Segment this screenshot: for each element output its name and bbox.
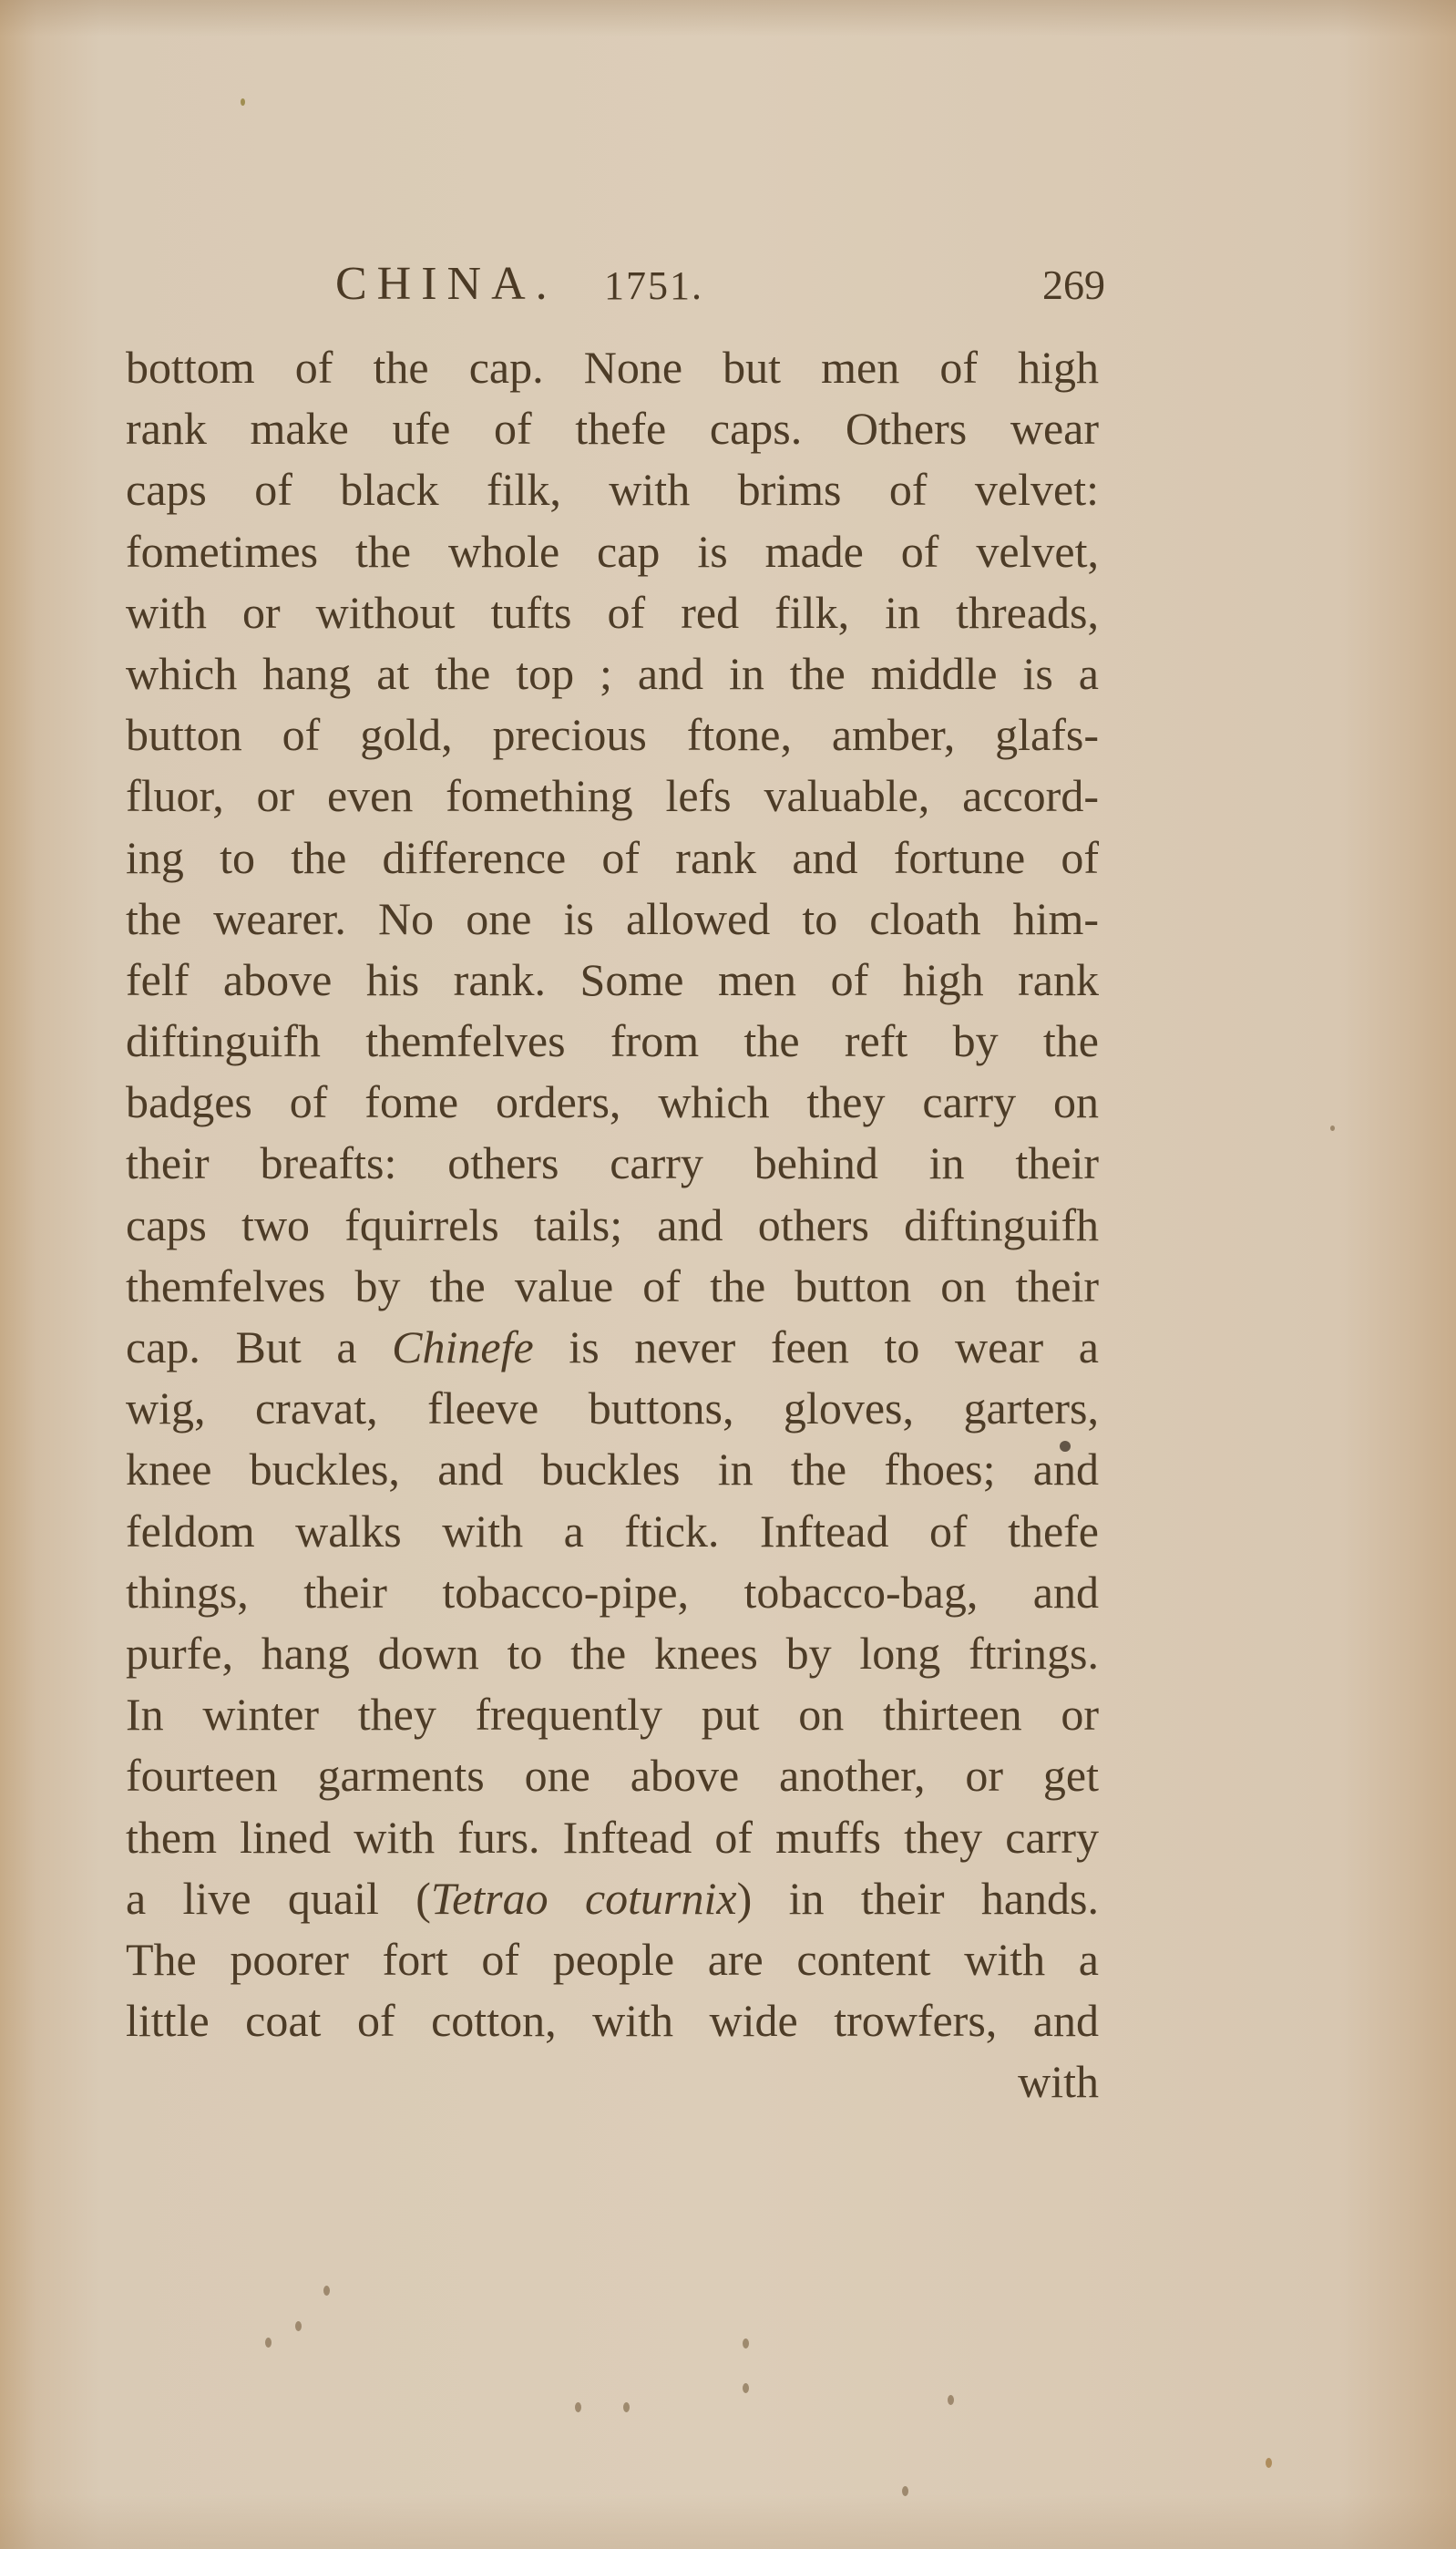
text-line: the wearer. No one is allowed to cloath …: [126, 889, 1099, 950]
foxing-spot: [1330, 1125, 1335, 1131]
foxing-spot: [265, 2338, 272, 2348]
foxing-spot: [1266, 2458, 1272, 2468]
text-line: fometimes the whole cap is made of velve…: [126, 521, 1099, 582]
italic-term: Tetrao coturnix: [431, 1873, 737, 1924]
text-line: with or without tufts of red filk, in th…: [126, 582, 1099, 643]
text-segment: cap. But a: [126, 1321, 357, 1372]
text-line: wig, cravat, fleeve buttons, gloves, gar…: [126, 1378, 1099, 1439]
text-line: things, their tobacco-pipe, tobacco-bag,…: [126, 1562, 1099, 1623]
text-line: which hang at the top ; and in the middl…: [126, 643, 1099, 704]
book-page: CHINA. 1751. 269 bottom of the cap. None…: [0, 0, 1456, 2549]
running-header: CHINA. 1751. 269: [335, 257, 1105, 312]
text-line: diftinguifh themfelves from the reft by …: [126, 1011, 1099, 1072]
page-number: 269: [1042, 261, 1105, 309]
text-line: fourteen garments one above another, or …: [126, 1745, 1099, 1806]
text-segment: is never feen to wear a: [534, 1321, 1099, 1372]
text-line: them lined with furs. Inftead of muffs t…: [126, 1807, 1099, 1868]
catchword: with: [126, 2051, 1099, 2112]
text-segment: a live quail (: [126, 1873, 431, 1924]
text-line: caps of black filk, with brims of velvet…: [126, 459, 1099, 520]
foxing-spot: [323, 2286, 330, 2296]
running-title: CHINA.: [335, 257, 558, 311]
text-line: purfe, hang down to the knees by long ft…: [126, 1623, 1099, 1684]
foxing-spot: [948, 2395, 954, 2405]
text-line: The poorer fort of people are content wi…: [126, 1929, 1099, 1990]
foxing-spot: [575, 2402, 581, 2412]
text-line: caps two fquirrels tails; and others dif…: [126, 1195, 1099, 1256]
text-line: button of gold, precious ftone, amber, g…: [126, 704, 1099, 766]
body-text: bottom of the cap. None but men of high …: [126, 337, 1099, 2112]
text-line: fluor, or even fomething lefs valuable, …: [126, 766, 1099, 827]
running-year: 1751.: [604, 262, 703, 309]
text-segment: ) in their hands.: [737, 1873, 1099, 1924]
text-line: In winter they frequently put on thirtee…: [126, 1684, 1099, 1745]
text-line: feldom walks with a ftick. Inftead of th…: [126, 1501, 1099, 1562]
text-line: their breafts: others carry behind in th…: [126, 1133, 1099, 1194]
text-line: themfelves by the value of the button on…: [126, 1256, 1099, 1317]
text-line: ing to the difference of rank and fortun…: [126, 827, 1099, 889]
text-line: knee buckles, and buckles in the fhoes; …: [126, 1439, 1099, 1500]
text-line: bottom of the cap. None but men of high: [126, 337, 1099, 398]
text-line: a live quail (Tetrao coturnix) in their …: [126, 1868, 1099, 1929]
foxing-spot: [295, 2321, 302, 2331]
foxing-spot: [743, 2338, 749, 2349]
text-line: badges of fome orders, which they carry …: [126, 1072, 1099, 1133]
foxing-spot: [241, 98, 245, 106]
text-line: cap. But a Chinefe is never feen to wear…: [126, 1317, 1099, 1378]
foxing-spot: [623, 2402, 630, 2412]
italic-term: Chinefe: [392, 1321, 534, 1372]
text-line: felf above his rank. Some men of high ra…: [126, 950, 1099, 1011]
foxing-spot: [902, 2486, 908, 2496]
text-line: little coat of cotton, with wide trowfer…: [126, 1990, 1099, 2051]
foxing-spot: [743, 2383, 749, 2393]
text-line: rank make ufe of thefe caps. Others wear: [126, 398, 1099, 459]
